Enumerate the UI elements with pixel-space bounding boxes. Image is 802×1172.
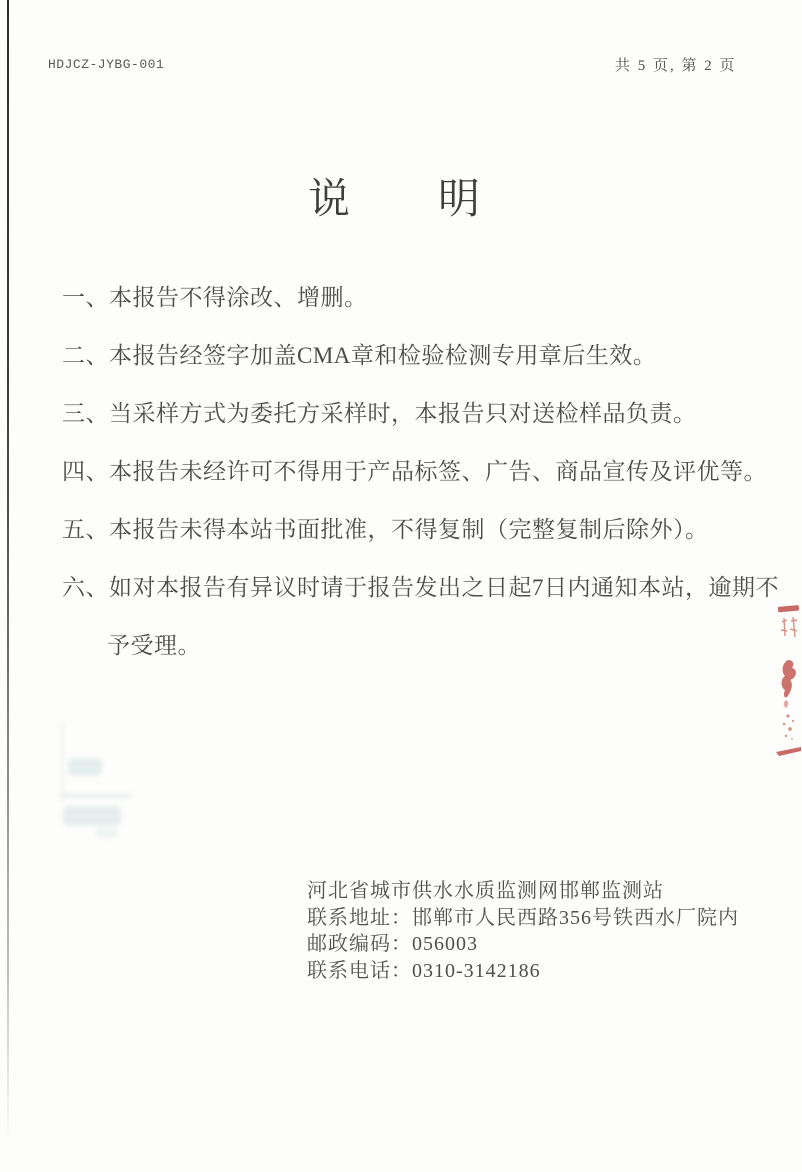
seal-blob-fragment-2 xyxy=(784,700,789,708)
bleed-smudge xyxy=(68,758,102,776)
postal-code: 邮政编码：056003 xyxy=(307,931,739,958)
note-number: 六、 xyxy=(62,575,109,600)
title-char-1: 说 xyxy=(308,166,350,226)
organization-name: 河北省城市供水水质监测网邯郸监测站 xyxy=(307,878,739,905)
note-item-2: 二、本报告经签字加盖CMA章和检验检测专用章后生效。 xyxy=(62,327,782,385)
note-text: 当采样方式为委托方采样时，本报告只对送检样品负责。 xyxy=(109,401,697,426)
note-text: 本报告经签字加盖CMA章和检验检测专用章后生效。 xyxy=(109,343,656,368)
note-text-continuation: 予受理。 xyxy=(62,617,782,675)
seal-speckles xyxy=(783,714,794,740)
note-item-1: 一、本报告不得涂改、增删。 xyxy=(62,269,782,327)
note-number: 三、 xyxy=(62,401,109,426)
note-number: 五、 xyxy=(62,517,109,542)
note-text: 本报告未经许可不得用于产品标签、广告、商品宣传及评优等。 xyxy=(109,459,767,484)
note-number: 二、 xyxy=(62,343,109,368)
bleed-smudge xyxy=(62,793,132,798)
contact-address: 联系地址：邯郸市人民西路356号铁西水厂院内 xyxy=(307,905,739,932)
seal-bar-bottom xyxy=(776,747,801,756)
red-seal-fragments xyxy=(772,600,802,765)
notes-list: 一、本报告不得涂改、增删。 二、本报告经签字加盖CMA章和检验检测专用章后生效。… xyxy=(62,269,782,675)
note-item-4: 四、本报告未经许可不得用于产品标签、广告、商品宣传及评优等。 xyxy=(62,443,782,501)
note-text: 如对本报告有异议时请于报告发出之日起7日内通知本站，逾期不 xyxy=(109,575,779,600)
note-number: 四、 xyxy=(62,459,109,484)
scanned-document-page: HDJCZ-JYBG-001 共 5 页, 第 2 页 说 明 一、本报告不得涂… xyxy=(0,0,802,1172)
note-item-5: 五、本报告未得本站书面批准，不得复制（完整复制后除外）。 xyxy=(62,501,782,559)
note-item-6: 六、如对本报告有异议时请于报告发出之日起7日内通知本站，逾期不 予受理。 xyxy=(62,559,782,675)
page-number-info: 共 5 页, 第 2 页 xyxy=(615,54,737,75)
bleed-smudge xyxy=(63,806,121,826)
note-number: 一、 xyxy=(62,285,109,310)
bleed-smudge xyxy=(61,722,64,802)
contact-phone: 联系电话：0310-3142186 xyxy=(307,958,739,985)
note-text: 本报告未得本站书面批准，不得复制（完整复制后除外）。 xyxy=(109,517,709,542)
seal-character-fragment xyxy=(781,617,797,637)
note-item-3: 三、当采样方式为委托方采样时，本报告只对送检样品负责。 xyxy=(62,385,782,443)
contact-footer: 河北省城市供水水质监测网邯郸监测站 联系地址：邯郸市人民西路356号铁西水厂院内… xyxy=(307,878,739,984)
document-code: HDJCZ-JYBG-001 xyxy=(48,57,164,72)
note-text: 本报告不得涂改、增删。 xyxy=(109,285,368,310)
page-title: 说 明 xyxy=(0,166,802,226)
bleed-smudge xyxy=(95,828,117,838)
seal-blob-fragment xyxy=(782,660,796,697)
seal-bar-top xyxy=(778,605,799,612)
title-char-2: 明 xyxy=(438,166,480,226)
